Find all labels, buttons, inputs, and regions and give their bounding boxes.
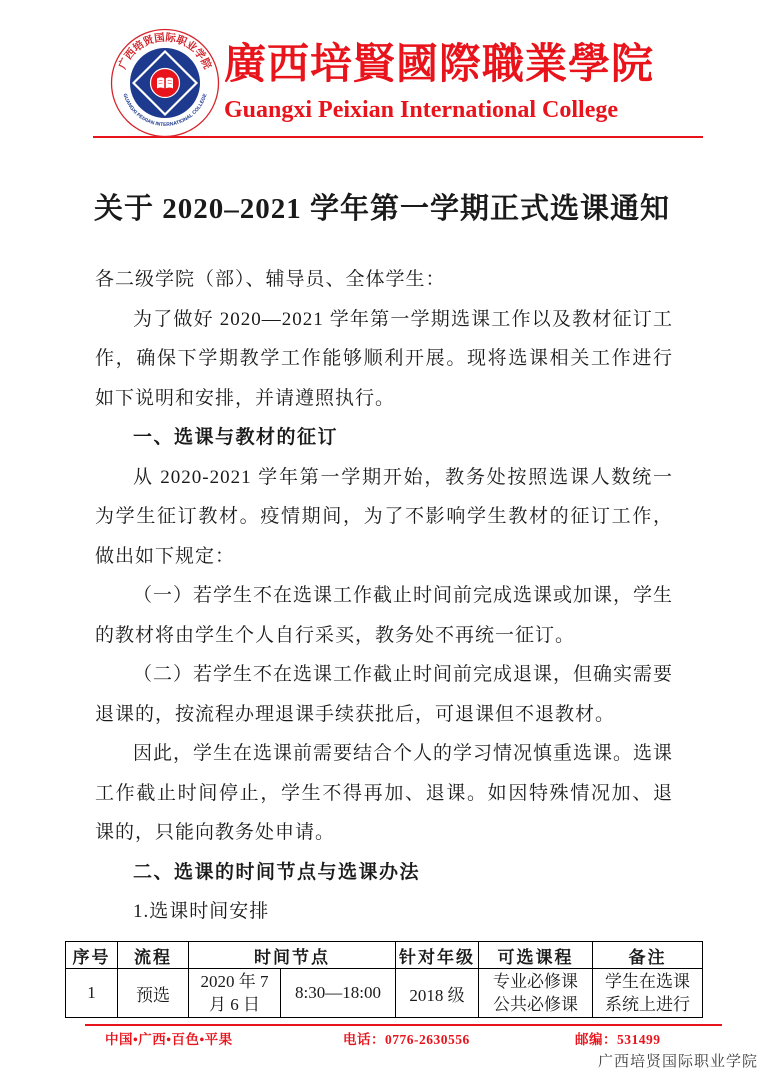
section-heading-1: 一、选课与教材的征订	[95, 418, 673, 458]
paragraph-caution: 因此，学生在选课前需要结合个人的学习情况慎重选课。选课工作截止时间停止，学生不得…	[95, 734, 673, 853]
cell-courses: 专业必修课 公共必修课	[479, 969, 593, 1018]
col-header-time: 时间节点	[189, 942, 396, 969]
header-divider	[93, 136, 703, 138]
cell-grade: 2018 级	[396, 969, 479, 1018]
cell-date: 2020 年 7 月 6 日	[189, 969, 281, 1018]
paragraph-rule-2: （二）若学生不在选课工作截止时间前完成退课，但确实需要退课的，按流程办理退课手续…	[95, 655, 673, 734]
col-header-process: 流程	[118, 942, 189, 969]
footer-college-name: 广西培贤国际职业学院	[598, 1050, 758, 1071]
section-heading-2: 二、选课的时间节点与选课办法	[95, 853, 673, 893]
cell-remark: 学生在选课 系统上进行	[593, 969, 703, 1018]
college-name-block: 廣西培賢國際職業學院 Guangxi Peixian International…	[224, 34, 676, 124]
cell-index: 1	[66, 969, 118, 1018]
open-book-icon	[157, 77, 173, 88]
table-header-row: 序号 流程 时间节点 针对年级 可选课程 备注	[66, 942, 703, 969]
college-seal-icon: 广西培贤国际职业学院 GUANGXI PEIXIAN INTERNATIONAL…	[110, 28, 220, 138]
paragraph-intro: 为了做好 2020—2021 学年第一学期选课工作以及教材征订工作，确保下学期教…	[95, 300, 673, 419]
course-selection-schedule-table: 序号 流程 时间节点 针对年级 可选课程 备注 1 预选 2020 年 7 月 …	[65, 941, 703, 1018]
salutation: 各二级学院（部）、辅导员、全体学生：	[95, 260, 673, 300]
col-header-courses: 可选课程	[479, 942, 593, 969]
college-name-en: Guangxi Peixian International College	[224, 96, 676, 124]
paragraph-rule-1: （一）若学生不在选课工作截止时间前完成选课或加课，学生的教材将由学生个人自行采买…	[95, 576, 673, 655]
college-name-zh: 廣西培賢國際職業學院	[224, 34, 676, 96]
cell-process: 预选	[118, 969, 189, 1018]
document-page: 广西培贤国际职业学院 GUANGXI PEIXIAN INTERNATIONAL…	[0, 0, 764, 1080]
paragraph-policy: 从 2020-2021 学年第一学期开始，教务处按照选课人数统一为学生征订教材。…	[95, 458, 673, 577]
col-header-index: 序号	[66, 942, 118, 969]
subsection-heading: 1.选课时间安排	[95, 892, 673, 932]
table-row: 1 预选 2020 年 7 月 6 日 8:30—18:00 2018 级 专业…	[66, 969, 703, 1018]
col-header-grade: 针对年级	[396, 942, 479, 969]
footer-contact-bar: 中国•广西•百色•平果 电话：0776-2630556 邮编：531499	[85, 1028, 722, 1048]
col-header-remark: 备注	[593, 942, 703, 969]
footer-phone: 电话：0776-2630556	[343, 1028, 470, 1048]
college-seal-svg: 广西培贤国际职业学院 GUANGXI PEIXIAN INTERNATIONAL…	[110, 28, 220, 138]
page-title: 关于 2020–2021 学年第一学期正式选课通知	[0, 186, 764, 227]
footer-postcode: 邮编：531499	[575, 1028, 661, 1048]
document-body: 各二级学院（部）、辅导员、全体学生： 为了做好 2020—2021 学年第一学期…	[95, 260, 673, 932]
footer-address: 中国•广西•百色•平果	[105, 1028, 233, 1048]
cell-time: 8:30—18:00	[281, 969, 396, 1018]
footer-divider	[85, 1024, 722, 1026]
